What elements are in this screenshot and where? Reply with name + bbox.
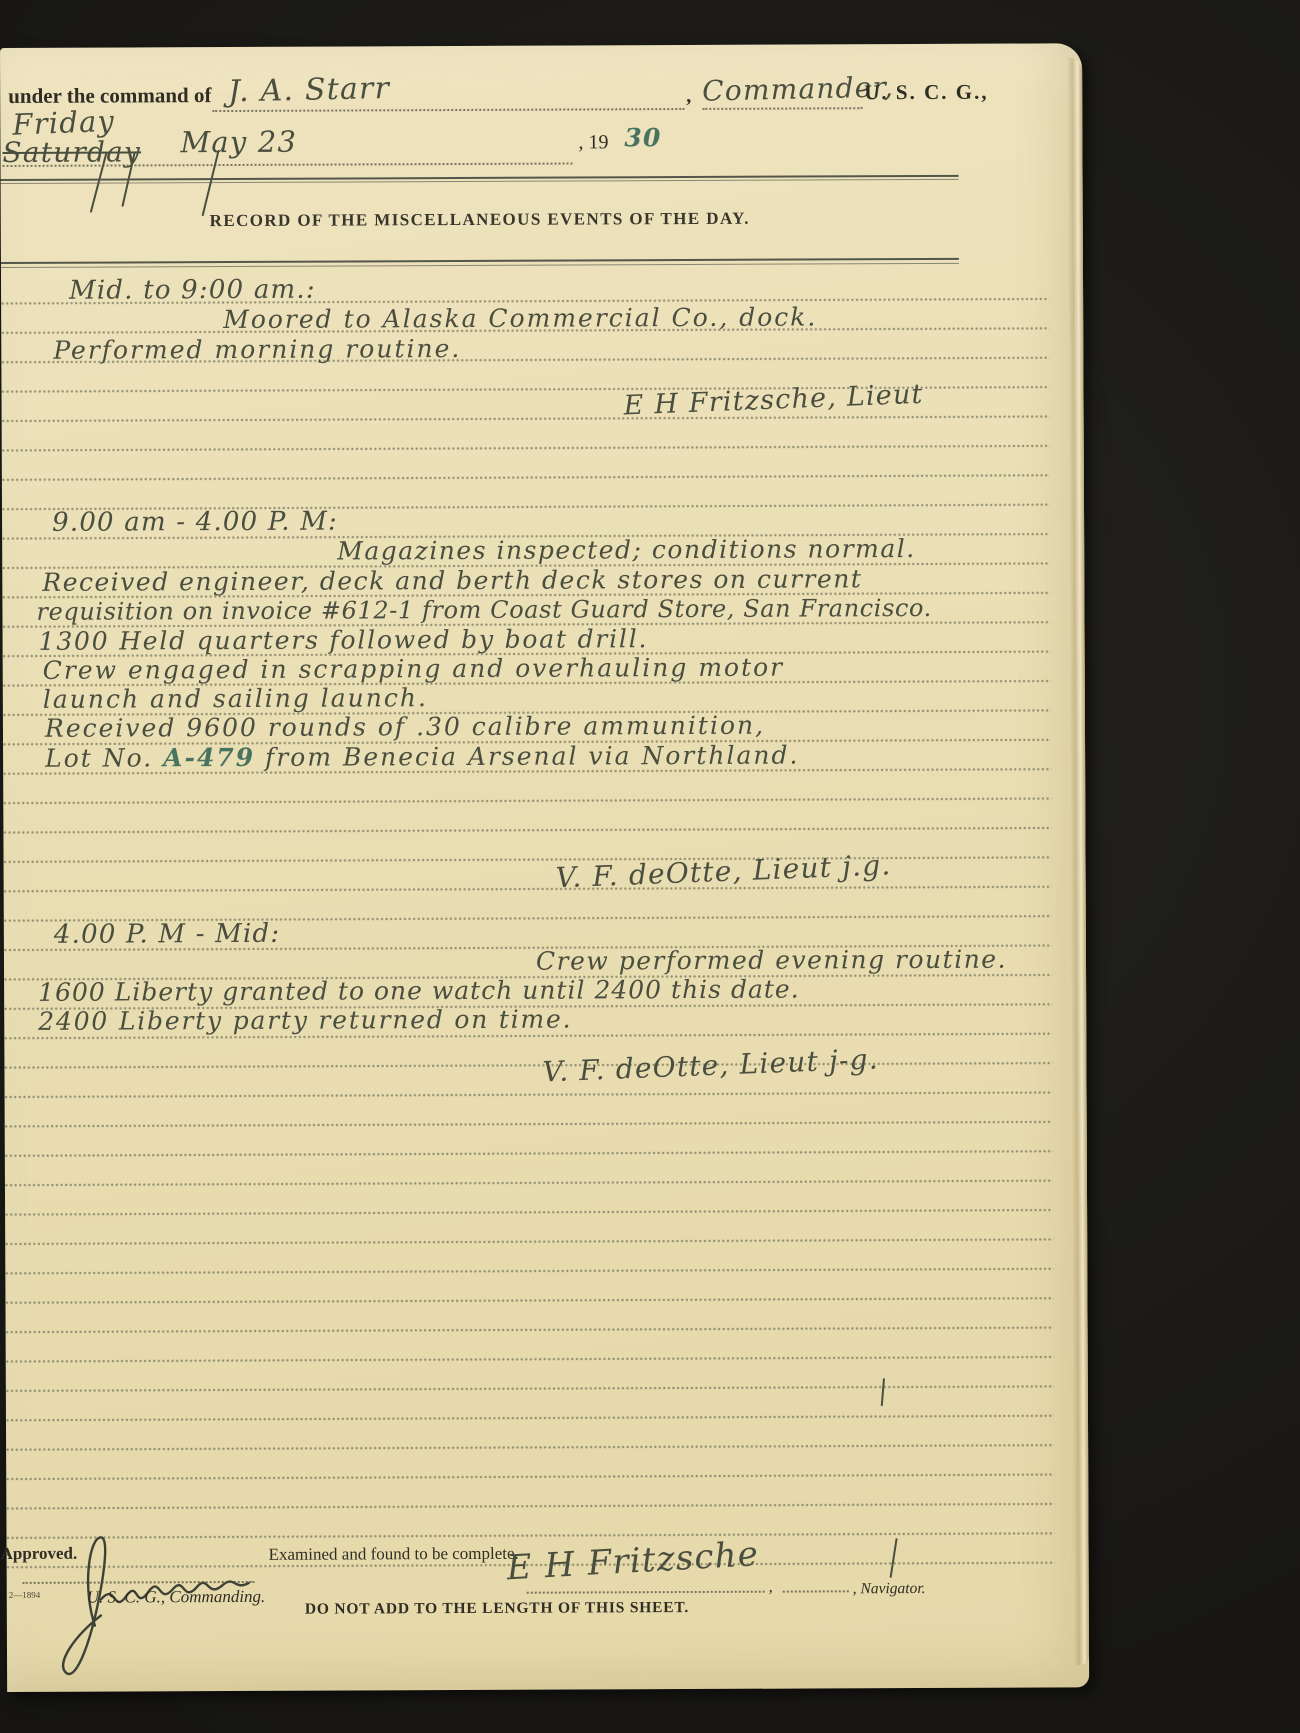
name-comma: ,	[686, 85, 691, 108]
do-not-add-warning: DO NOT ADD TO THE LENGTH OF THIS SHEET.	[305, 1599, 689, 1619]
entry-line: Received engineer, deck and berth deck s…	[42, 564, 862, 597]
entry-line: launch and sailing launch.	[43, 683, 428, 714]
entry-line: 1300 Held quarters followed by boat dril…	[39, 624, 649, 656]
examined-label: Examined and found to be complete.	[269, 1544, 519, 1565]
entry-line: Performed morning routine.	[53, 334, 461, 365]
horizontal-rule	[1, 263, 959, 268]
logbook-scan: under the command of J. A. Starr , Comma…	[0, 0, 1300, 1733]
entry-line-lot-number: Lot No. A-479 from Benecia Arsenal via N…	[45, 741, 799, 773]
lot-suffix: from Benecia Arsenal via Northland.	[255, 741, 799, 772]
entry-heading: 9.00 am - 4.00 P. M:	[52, 507, 338, 538]
rank-blank-line	[702, 107, 862, 110]
lot-number: A-479	[163, 743, 255, 772]
entry-heading: 4.00 P. M - Mid:	[54, 919, 281, 950]
navigator-signature-line	[527, 1591, 765, 1594]
year-printed-prefix: , 19	[578, 131, 608, 154]
navigator-rank-blank-line	[783, 1590, 849, 1592]
section-title: RECORD OF THE MISCELLANEOUS EVENTS OF TH…	[1, 208, 959, 232]
entry-line: requisition on invoice #612-1 from Coast…	[36, 594, 932, 626]
commander-name-handwritten: J. A. Starr	[228, 71, 391, 110]
form-number: 2—1894	[9, 1590, 41, 1600]
paper-stack-edge	[1067, 57, 1089, 1665]
entry-line: 2400 Liberty party returned on time.	[38, 1005, 572, 1036]
commander-name-blank-line	[212, 108, 684, 112]
date-handwritten: May 23	[180, 125, 297, 160]
commanding-label: U. S. C. G., Commanding.	[87, 1587, 266, 1608]
lot-prefix: Lot No.	[45, 743, 163, 773]
entry-heading: Mid. to 9:00 am.:	[69, 275, 316, 306]
navigator-label: , Navigator.	[853, 1580, 926, 1598]
entry-line: Magazines inspected; conditions normal.	[337, 534, 916, 566]
entry-line: Crew engaged in scrapping and overhaulin…	[43, 653, 785, 685]
entry-line: 1600 Liberty granted to one watch until …	[38, 975, 800, 1007]
service-label: U. S. C. G.,	[864, 80, 988, 106]
logbook-page: under the command of J. A. Starr , Comma…	[0, 43, 1089, 1692]
entry-line: Received 9600 rounds of .30 calibre ammu…	[45, 711, 765, 743]
entry-line: Crew performed evening routine.	[536, 945, 1007, 976]
entry-line: Moored to Alaska Commercial Co., dock.	[223, 302, 817, 334]
year-handwritten: 30	[624, 123, 661, 152]
footer-comma: ,	[769, 1579, 773, 1597]
